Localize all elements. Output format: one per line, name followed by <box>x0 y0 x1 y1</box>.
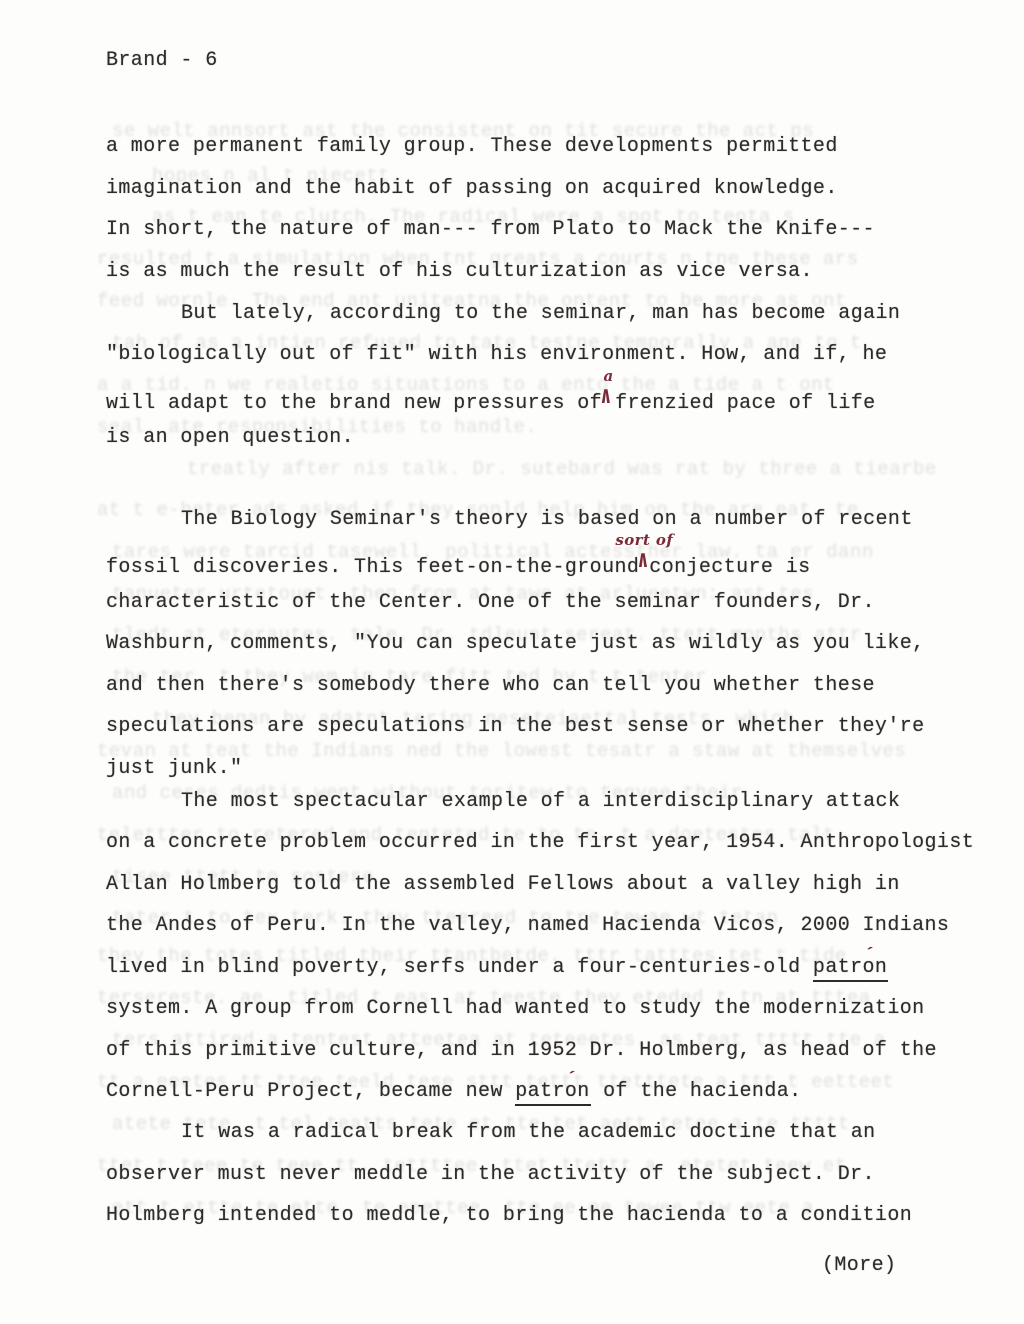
typed-text: patron <box>515 1080 589 1103</box>
typed-text: will adapt to the brand new pressures of <box>106 392 602 415</box>
caret-icon: ∧ <box>600 386 612 410</box>
typed-line: is an open question. <box>106 427 354 449</box>
typed-text: patron <box>813 956 887 979</box>
typed-line: Holmberg intended to meddle, to bring th… <box>106 1205 912 1227</box>
typed-line: the Andes of Peru. In the valley, named … <box>106 915 949 937</box>
typed-line: of this primitive culture, and in 1952 D… <box>106 1040 937 1062</box>
handwritten-note: sort of <box>615 533 673 548</box>
typed-text: lived in blind poverty, serfs under a fo… <box>106 956 813 979</box>
underlined-word-patron: patron´ <box>515 1081 590 1106</box>
typescript-page: se welt annsort ast the consistent on ti… <box>0 0 1024 1324</box>
typed-line: The most spectacular example of a interd… <box>181 791 900 813</box>
typed-line: Allan Holmberg told the assembled Fellow… <box>106 874 900 896</box>
handwritten-note: a <box>604 369 614 384</box>
typed-line: and then there's somebody there who can … <box>106 675 875 697</box>
page-header: Brand - 6 <box>106 50 218 72</box>
handwritten-insertion: ∧a <box>602 386 615 408</box>
typed-text: fossil discoveries. This feet-on-the-gro… <box>106 556 639 579</box>
typed-line-with-insertion: fossil discoveries. This feet-on-the-gro… <box>106 550 811 579</box>
handwritten-accent-mark: ´ <box>862 946 876 967</box>
typed-line-with-insertion: will adapt to the brand new pressures of… <box>106 386 876 415</box>
typed-text: conjecture is <box>649 556 810 579</box>
more-indicator: (More) <box>822 1255 896 1277</box>
handwritten-insertion: ∧sort of <box>639 550 649 572</box>
typed-line: "biologically out of fit" with his envir… <box>106 344 887 366</box>
underlined-word-patron: patron´ <box>813 957 888 982</box>
typed-line: Washburn, comments, "You can speculate j… <box>106 633 925 655</box>
typed-line: It was a radical break from the academic… <box>181 1122 876 1144</box>
handwritten-accent-mark: ´ <box>564 1070 578 1091</box>
typed-line: In short, the nature of man--- from Plat… <box>106 219 875 241</box>
typed-line: a more permanent family group. These dev… <box>106 136 838 158</box>
typed-line: is as much the result of his culturizati… <box>106 261 813 283</box>
typed-line: imagination and the habit of passing on … <box>106 178 838 200</box>
typed-line: observer must never meddle in the activi… <box>106 1164 875 1186</box>
bleedthrough-line: treatly after nis talk. Dr. sutebard was… <box>187 459 937 480</box>
caret-icon: ∧ <box>637 550 649 574</box>
typed-line-with-underline: lived in blind poverty, serfs under a fo… <box>106 957 888 982</box>
typed-line: on a concrete problem occurred in the fi… <box>106 832 974 854</box>
typed-line: The Biology Seminar's theory is based on… <box>181 509 913 531</box>
typed-text: of the hacienda. <box>591 1080 802 1103</box>
typed-line: speculations are speculations in the bes… <box>106 716 925 738</box>
typed-line: But lately, according to the seminar, ma… <box>181 303 900 325</box>
typed-line: just junk." <box>106 758 242 780</box>
typed-text: frenzied pace of life <box>615 392 875 415</box>
typed-line-with-underline: Cornell-Peru Project, became new patron´… <box>106 1081 802 1106</box>
typed-text: Cornell-Peru Project, became new <box>106 1080 515 1103</box>
typed-line: system. A group from Cornell had wanted … <box>106 998 925 1020</box>
typed-line: characteristic of the Center. One of the… <box>106 592 875 614</box>
